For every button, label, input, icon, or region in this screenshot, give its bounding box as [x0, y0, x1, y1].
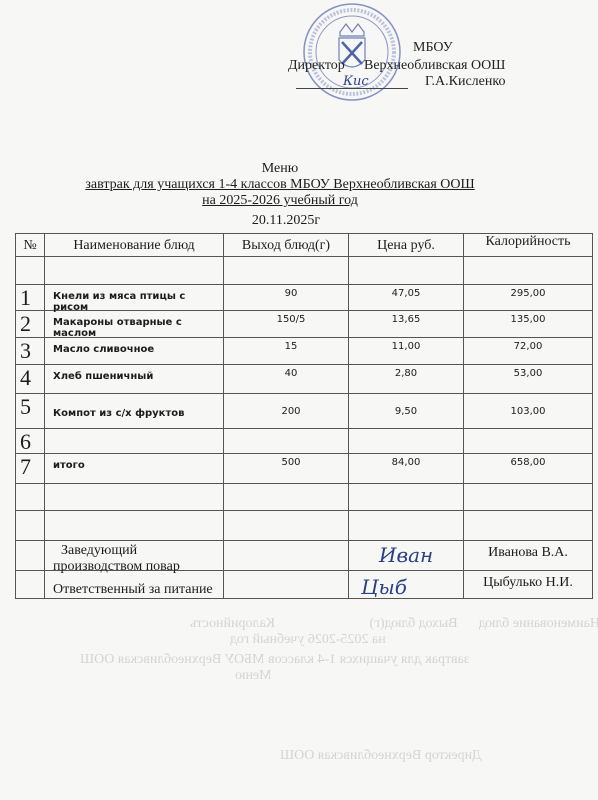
row-yield	[224, 511, 349, 541]
row-calories: 53,00	[464, 365, 593, 394]
column-header: Цена руб.	[349, 234, 464, 257]
row-price: 9,50	[349, 394, 464, 429]
director-signature: Кис	[343, 74, 369, 89]
row-calories	[464, 429, 593, 454]
menu-subtitle-text: завтрак для учащихся 1-4 классов МБОУ Ве…	[85, 177, 474, 192]
approval-position: Директор	[288, 58, 345, 74]
column-header: Наименование блюд	[45, 234, 224, 257]
row-yield: 150/5	[224, 311, 349, 338]
approval-director-name: Г.А.Кисленко	[425, 74, 505, 90]
signature-name: Цыбулько Н.И.	[464, 571, 593, 599]
row-yield: 90	[224, 285, 349, 311]
dish-name: итого	[45, 454, 224, 484]
menu-table: №Наименование блюдВыход блюд(г)Цена руб.…	[15, 233, 593, 599]
menu-title: Меню	[0, 161, 560, 177]
row-number	[16, 484, 45, 511]
handwritten-signature: Цыб	[361, 575, 407, 599]
row-number	[16, 257, 45, 285]
row-calories	[464, 511, 593, 541]
row-price: 47,05	[349, 285, 464, 311]
approval-org: МБОУ	[413, 40, 453, 56]
dish-name: Масло сливочное	[45, 338, 224, 365]
handwritten-signature: Иван	[379, 543, 433, 567]
row-calories: 103,00	[464, 394, 593, 429]
row-number: 2	[16, 311, 45, 338]
dish-name	[45, 429, 224, 454]
row-yield	[224, 257, 349, 285]
row-number: 4	[16, 365, 45, 394]
signature-role: Ответственный за питание	[45, 571, 224, 599]
signature-row-number	[16, 541, 45, 571]
row-number: 6	[16, 429, 45, 454]
column-header: №	[16, 234, 45, 257]
menu-date: 20.11.2025г	[16, 213, 556, 229]
row-number	[16, 511, 45, 541]
row-number: 5	[16, 394, 45, 429]
dish-name: Хлеб пшеничный	[45, 365, 224, 394]
row-calories: 658,00	[464, 454, 593, 484]
row-number: 1	[16, 285, 45, 311]
row-price: 13,65	[349, 311, 464, 338]
dish-name: Компот из с/х фруктов	[45, 394, 224, 429]
column-header: Выход блюд(г)	[224, 234, 349, 257]
row-price	[349, 484, 464, 511]
row-yield: 500	[224, 454, 349, 484]
signature-row-number	[16, 571, 45, 599]
row-calories	[464, 484, 593, 511]
dish-name: Макароны отварные с маслом	[45, 311, 224, 338]
approval-school: Верхнеобливская ООШ	[364, 58, 505, 74]
row-price	[349, 257, 464, 285]
row-price	[349, 511, 464, 541]
row-price: 11,00	[349, 338, 464, 365]
signature-name: Иванова В.А.	[464, 541, 593, 571]
signature-empty-cell	[224, 541, 349, 571]
row-number: 3	[16, 338, 45, 365]
row-price: 84,00	[349, 454, 464, 484]
signature-role: Заведующийпроизводством повар	[45, 541, 224, 571]
row-number: 7	[16, 454, 45, 484]
row-calories: 135,00	[464, 311, 593, 338]
row-yield: 15	[224, 338, 349, 365]
signature-role-line1: Ответственный за питание	[53, 582, 223, 598]
row-yield: 40	[224, 365, 349, 394]
dish-name: Кнели из мяса птицы с рисом	[45, 285, 224, 311]
menu-year-text: на 2025-2026 учебный год	[202, 193, 358, 208]
row-price: 2,80	[349, 365, 464, 394]
row-calories: 295,00	[464, 285, 593, 311]
column-header: Калорийность	[464, 234, 593, 257]
dish-name	[45, 257, 224, 285]
signature-empty-cell	[224, 571, 349, 599]
row-calories	[464, 257, 593, 285]
row-yield	[224, 484, 349, 511]
row-price	[349, 429, 464, 454]
row-calories: 72,00	[464, 338, 593, 365]
row-yield: 200	[224, 394, 349, 429]
row-yield	[224, 429, 349, 454]
signature-cell: Иван	[349, 541, 464, 571]
dish-name	[45, 484, 224, 511]
menu-year: на 2025-2026 учебный год	[0, 193, 560, 209]
menu-subtitle: завтрак для учащихся 1-4 классов МБОУ Ве…	[0, 177, 560, 193]
signature-role-line1: Заведующий	[61, 543, 223, 559]
signature-cell: Цыб	[349, 571, 464, 599]
dish-name	[45, 511, 224, 541]
